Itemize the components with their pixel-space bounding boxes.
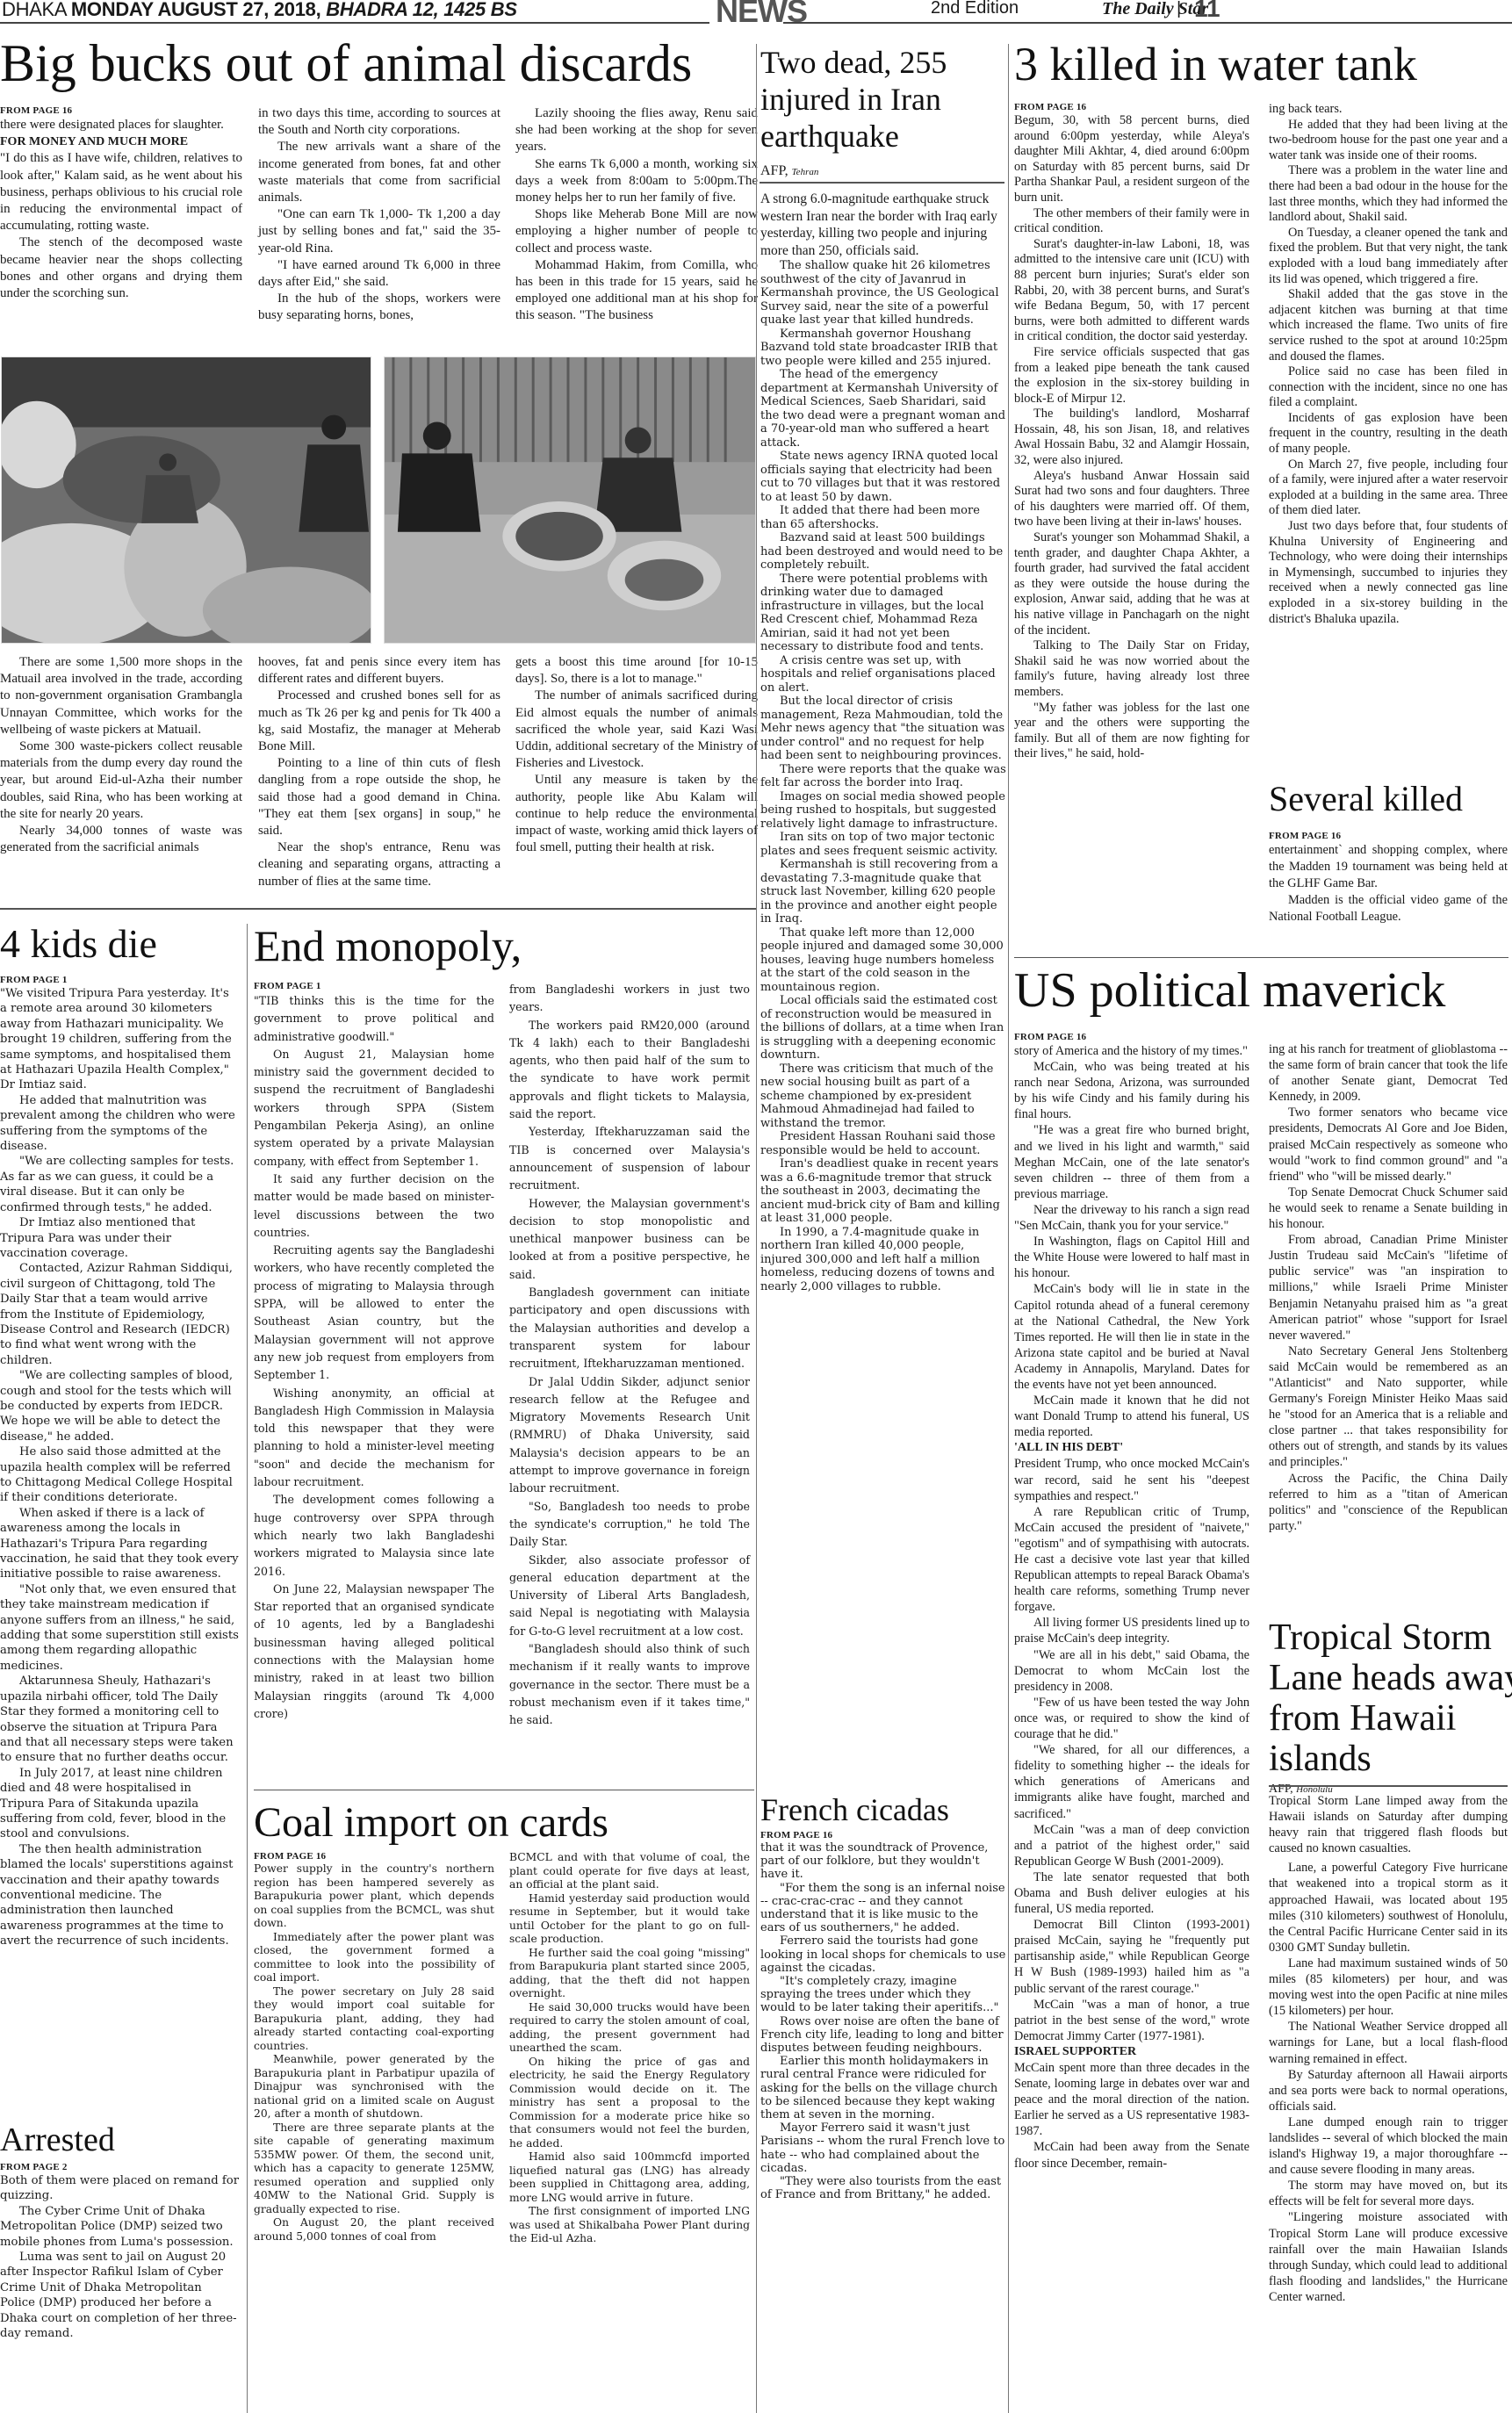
paragraph: Until any measure is taken by the author… [515,772,758,856]
masthead-rule-right [783,22,1512,24]
subheading: FOR MONEY AND MUCH MORE [0,133,242,150]
kicker: FROM PAGE 1 [0,975,239,985]
paragraph: A rare Republican critic of Trump, McCai… [1014,1504,1249,1616]
paragraph: Dr Jalal Uddin Sikder, adjunct senior re… [509,1373,750,1498]
paragraph: The development comes following a huge c… [254,1491,494,1580]
section-divider [0,908,756,910]
big-bucks-col1-top: FROM PAGE 16 there were designated place… [0,105,242,302]
edition-label: 2nd Edition [931,0,1019,18]
byline-rule [1269,1785,1508,1787]
paragraph: Mayor Ferrero said it wasn't just Parisi… [760,2121,1006,2175]
dateline-bengali-date: BHADRA 12, 1425 BS [326,0,517,20]
paragraph: Lazily shooing the flies away, Renu said… [515,105,758,156]
kicker: FROM PAGE 16 [254,1851,494,1862]
paragraph: "Few of us have been tested the way John… [1014,1695,1249,1742]
paragraph: entertainment` and shopping complex, whe… [1269,842,1508,892]
paragraph: Two former senators who became vice pres… [1269,1105,1508,1184]
paragraph: McCain had been away from the Senate flo… [1014,2139,1249,2171]
several-killed-body: FROM PAGE 16 entertainment` and shopping… [1269,831,1508,926]
headline-tropical-storm-line3: from Hawaii [1269,1698,1508,1739]
paragraph: There are some 1,500 more shops in the M… [0,654,242,738]
headline-tropical-storm-line1: Tropical Storm [1269,1617,1508,1658]
paragraph: Just two days before that, four students… [1269,519,1508,627]
photo-waste-pickers [1,357,371,644]
paragraph: "My father was jobless for the last one … [1014,701,1249,762]
article-body: A strong 6.0-magnitude earthquake struck… [760,191,1006,1293]
headline-coal-import: Coal import on cards [254,1802,608,1844]
paragraph: Aktarunnesa Sheuly, Hathazari's upazila … [0,1674,239,1765]
tropical-storm-headline-block: Tropical Storm Lane heads away from Hawa… [1269,1617,1508,1797]
paragraph: There was criticism that much of the new… [760,1062,1006,1131]
paragraph: State news agency IRNA quoted local offi… [760,450,1006,504]
paragraph: "It's completely crazy, imagine spraying… [760,1975,1006,2015]
paragraph: He also said those admitted at the upazi… [0,1444,239,1506]
big-bucks-col2-bottom: hooves, fat and penis since every item h… [258,654,500,890]
paragraph: Bangladesh government can initiate parti… [509,1284,750,1372]
paragraph: Surat's younger son Mohammad Shakil, a t… [1014,530,1249,638]
kicker: FROM PAGE 16 [1014,102,1249,112]
paragraph: "One can earn Tk 1,000- Tk 1,200 a day j… [258,206,500,257]
big-bucks-col1-bottom: There are some 1,500 more shops in the M… [0,654,242,856]
paragraph: That quake left more than 12,000 people … [760,926,1006,995]
masthead: DHAKA MONDAY AUGUST 27, 2018, BHADRA 12,… [0,0,1512,26]
paragraph: He said 30,000 trucks would have been re… [509,2001,750,2056]
paragraph: Begum, 30, with 58 percent burns, died a… [1014,113,1249,206]
paragraph: "Bangladesh should also think of such me… [509,1640,750,1729]
paragraph: But the local director of crisis managem… [760,695,1006,763]
paragraph: Rows over noise are often the bane of Fr… [760,2015,1006,2056]
paragraph: from Bangladeshi workers in just two yea… [509,981,750,1017]
section-label: NEWS [716,0,807,30]
paragraph: President Trump, who once mocked McCain'… [1014,1456,1249,1503]
paragraph: Sikder, also associate professor of gene… [509,1552,750,1640]
paragraph: The stench of the decomposed waste becam… [0,234,242,302]
kicker: FROM PAGE 16 [1269,831,1508,841]
paragraph: Images on social media showed people bei… [760,790,1006,832]
paragraph: A crisis centre was set up, with hospita… [760,654,1006,695]
paragraph: President Hassan Rouhani said those resp… [760,1130,1006,1157]
article-body: ing at his ranch for treatment of gliobl… [1269,1041,1508,1534]
paragraph: Nearly 34,000 tonnes of waste was genera… [0,823,242,856]
headline-iran-quake-line3: earthquake [760,118,1006,155]
dateline-date: MONDAY AUGUST 27, 2018, [71,0,321,20]
paragraph: Shops like Meherab Bone Mill are now emp… [515,206,758,257]
article-body: Both of them were placed on remand for q… [0,2173,239,2341]
french-cicadas-body: FROM PAGE 16 that it was the soundtrack … [760,1830,1006,2201]
paragraph: From abroad, Canadian Prime Minister Jus… [1269,1232,1508,1343]
headline-end-monopoly: End monopoly, [254,924,522,968]
paragraph: In July 2017, at least nine children die… [0,1766,239,1842]
paragraph: Kermanshah is still recovering from a de… [760,858,1006,926]
paragraph: The National Weather Service dropped all… [1269,2019,1508,2066]
paragraph: Dr Imtiaz also mentioned that Tripura Pa… [0,1215,239,1261]
article-body: hooves, fat and penis since every item h… [258,654,500,890]
paragraph: McCain, who was being treated at his ran… [1014,1059,1249,1122]
paragraph: Both of them were placed on remand for q… [0,2173,239,2204]
paragraph: All living former US presidents lined up… [1014,1615,1249,1646]
paragraph: hooves, fat and penis since every item h… [258,654,500,688]
paragraph: that it was the soundtrack of Provence, … [760,1841,1006,1882]
dateline-city: DHAKA [2,0,66,20]
paragraph: On hiking the price of gas and electrici… [509,2056,750,2151]
paragraph: McCain "was a man of honor, a true patri… [1014,1997,1249,2044]
headline-big-bucks: Big bucks out of animal discards [0,37,692,90]
paragraph: Pointing to a line of thin cuts of flesh… [258,755,500,839]
paragraph: There are three separate plants at the s… [254,2121,494,2217]
paragraph: Hamid also said 100mmcfd imported liquef… [509,2150,750,2205]
paragraph: Near the driveway to his ranch a sign re… [1014,1202,1249,1234]
paragraph: On Tuesday, a cleaner opened the tank an… [1269,226,1508,287]
lead-paragraph: Tropical Storm Lane limped away from the… [1269,1793,1508,1856]
paragraph: Earlier this month holidaymakers in rura… [760,2055,1006,2121]
article-body: Tropical Storm Lane limped away from the… [1269,1793,1508,2305]
paragraph: Iran sits on top of two major tectonic p… [760,831,1006,858]
headline-kids-die: 4 kids die [0,924,157,964]
paragraph: "We are collecting samples for tests. As… [0,1154,239,1215]
paragraph: The other members of their family were i… [1014,206,1249,237]
paragraph: Iran's deadliest quake in recent years w… [760,1157,1006,1226]
article-body: entertainment` and shopping complex, whe… [1269,842,1508,926]
paragraph: "We are collecting samples of blood, cou… [0,1368,239,1444]
paragraph: ing back tears. [1269,102,1508,118]
paragraph: "We are all in his debt," said Obama, th… [1014,1647,1249,1695]
paragraph: Mohammad Hakim, from Comilla, who has be… [515,257,758,325]
paragraph: The then health administration blamed th… [0,1842,239,1949]
water-tank-col2: ing back tears. He added that they had b… [1269,102,1508,627]
paragraph: The late senator requested that both Oba… [1014,1869,1249,1917]
paragraph: Democrat Bill Clinton (1993-2001) praise… [1014,1917,1249,1996]
paragraph: The building's landlord, Mosharraf Hossa… [1014,407,1249,468]
article-body: story of America and the history of my t… [1014,1043,1249,2172]
big-bucks-col2-top: in two days this time, according to sour… [258,105,500,325]
masthead-rule-left [0,22,709,24]
paragraph: In the hub of the shops, workers were bu… [258,291,500,324]
paragraph: Talking to The Daily Star on Friday, Sha… [1014,638,1249,700]
headline-several-killed: Several killed [1269,782,1463,817]
paragraph: Yesterday, Iftekharuzzaman said the TIB … [509,1123,750,1194]
paragraph: Luma was sent to jail on August 20 after… [0,2250,239,2341]
headline-iran-quake-line2: injured in Iran [760,81,1006,118]
paragraph: Immediately after the power plant was cl… [254,1931,494,1985]
paragraph: there were designated places for slaught… [0,117,242,133]
headline-water-tank: 3 killed in water tank [1014,40,1417,88]
paragraph: Lane, a powerful Category Five hurricane… [1269,1860,1508,1956]
paragraph: "We shared, for all our differences, a f… [1014,1742,1249,1821]
paragraph: On August 20, the plant received around … [254,2216,494,2244]
article-body: Begum, 30, with 58 percent burns, died a… [1014,113,1249,762]
photo-waste-pickers-image [2,357,371,643]
article-body: ing back tears. He added that they had b… [1269,102,1508,627]
paragraph: The head of the emergency department at … [760,368,1006,450]
paragraph: Kermanshah governor Houshang Bazvand tol… [760,328,1006,369]
section-divider [254,1790,754,1790]
paragraph: Top Senate Democrat Chuck Schumer said h… [1269,1185,1508,1232]
column-divider [756,44,757,2413]
paragraph: There was a problem in the water line an… [1269,163,1508,225]
paragraph: The Cyber Crime Unit of Dhaka Metropolit… [0,2204,239,2250]
newspaper-logo: The Daily Star [1102,0,1208,19]
coal-import-col1: FROM PAGE 16 Power supply in the country… [254,1851,494,2244]
paragraph: The power secretary on July 28 said they… [254,1985,494,2054]
paragraph: Lane had maximum sustained winds of 50 m… [1269,1956,1508,2019]
paragraph: Surat's daughter-in-law Laboni, 18, was … [1014,237,1249,345]
kicker: FROM PAGE 16 [0,105,242,116]
paragraph: However, the Malaysian government's deci… [509,1195,750,1284]
column-divider [1008,44,1009,2413]
paragraph: It said any further decision on the matt… [254,1170,494,1242]
paragraph: Nato Secretary General Jens Stoltenberg … [1269,1343,1508,1471]
big-bucks-col3-bottom: gets a boost this time around [for 10-15… [515,654,758,856]
arrested-body: FROM PAGE 2 Both of them were placed on … [0,2162,239,2341]
dateline: DHAKA MONDAY AUGUST 27, 2018, BHADRA 12,… [2,0,517,21]
headline-tropical-storm-line2: Lane heads away [1269,1658,1508,1698]
paragraph: Bazvand said at least 500 buildings had … [760,531,1006,573]
paragraph: She earns Tk 6,000 a month, working six … [515,156,758,207]
paragraph: Near the shop's entrance, Renu was clean… [258,839,500,890]
paragraph: The storm may have moved on, but its eff… [1269,2178,1508,2209]
headline-arrested: Arrested [0,2123,115,2157]
paragraph: gets a boost this time around [for 10-15… [515,654,758,688]
kicker: FROM PAGE 1 [254,981,494,991]
paragraph: "I have earned around Tk 6,000 in three … [258,257,500,291]
coal-import-col2: BCMCL and with that volume of coal, the … [509,1851,750,2246]
us-maverick-col2: ing at his ranch for treatment of gliobl… [1269,1041,1508,1534]
iran-quake-headline-block: Two dead, 255 injured in Iran earthquake… [760,44,1006,179]
paragraph: "Not only that, we even ensured that the… [0,1582,239,1674]
paragraph: Aleya's husband Anwar Hossain said Surat… [1014,469,1249,530]
paragraph: In 1990, a 7.4-magnitude quake in northe… [760,1226,1006,1294]
tropical-storm-body: Tropical Storm Lane limped away from the… [1269,1793,1508,2305]
paragraph: Incidents of gas explosion have been fre… [1269,411,1508,457]
section-divider [1014,957,1508,958]
paragraph: "TIB thinks this is the time for the gov… [254,992,494,1046]
us-maverick-col1: FROM PAGE 16 story of America and the hi… [1014,1032,1249,2172]
article-body: that it was the soundtrack of Provence, … [760,1841,1006,2201]
paragraph: Recruiting agents say the Bangladeshi wo… [254,1242,494,1384]
article-body: from Bangladeshi workers in just two yea… [509,981,750,1729]
paragraph: Contacted, Azizur Rahman Siddiqui, civil… [0,1261,239,1368]
article-body: "TIB thinks this is the time for the gov… [254,992,494,1723]
byline-agency: AFP, [760,163,788,178]
article-body: gets a boost this time around [for 10-15… [515,654,758,856]
paragraph: "So, Bangladesh too needs to probe the s… [509,1498,750,1552]
paragraph: He further said the coal going "missing"… [509,1947,750,2001]
kicker: FROM PAGE 16 [760,1830,1006,1840]
masthead-separator: | [1177,0,1181,19]
photo-women-sorting [384,357,756,644]
article-body: Power supply in the country's northern r… [254,1862,494,2244]
paragraph: ing at his ranch for treatment of gliobl… [1269,1041,1508,1105]
byline-place: Tehran [792,167,819,177]
paragraph: He added that malnutrition was prevalent… [0,1093,239,1155]
paragraph: Madden is the official video game of the… [1269,892,1508,926]
paragraph: Shakil added that the gas stove in the a… [1269,287,1508,364]
paragraph: On August 21, Malaysian home ministry sa… [254,1046,494,1170]
article-body: in two days this time, according to sour… [258,105,500,325]
byline-rule [760,182,1004,184]
paragraph: The first consignment of imported LNG wa… [509,2205,750,2246]
paragraph: The number of animals sacrificed during … [515,688,758,772]
headline-iran-quake-line1: Two dead, 255 [760,44,1006,81]
paragraph: McCain made it known that he did not wan… [1014,1393,1249,1440]
paragraph: Fire service officials suspected that ga… [1014,345,1249,407]
paragraph: There were potential problems with drink… [760,573,1006,654]
paragraph: It added that there had been more than 6… [760,504,1006,531]
lead-paragraph: A strong 6.0-magnitude earthquake struck… [760,191,1006,259]
paragraph: "For them the song is an infernal noise … [760,1882,1006,1935]
end-monopoly-col2: from Bangladeshi workers in just two yea… [509,981,750,1729]
paragraph: Hamid yesterday said production would re… [509,1892,750,1947]
paragraph: in two days this time, according to sour… [258,105,500,139]
paragraph: McCain spent more than three decades in … [1014,2060,1249,2139]
paragraph: There were reports that the quake was fe… [760,763,1006,790]
paragraph: Police said no case has been filed in co… [1269,364,1508,411]
iran-quake-body: A strong 6.0-magnitude earthquake struck… [760,191,1006,1293]
paragraph: The workers paid RM20,000 (around Tk 4 l… [509,1017,750,1124]
headline-french-cicadas: French cicadas [760,1794,949,1826]
headline-tropical-storm-line4: islands [1269,1739,1508,1779]
article-body: "We visited Tripura Para yesterday. It's… [0,986,239,1949]
paragraph: "They were also tourists from the east o… [760,2175,1006,2201]
page-number: 11 [1194,0,1220,23]
paragraph: Local officials said the estimated cost … [760,994,1006,1062]
paragraph: Meanwhile, power generated by the Barapu… [254,2053,494,2121]
paragraph: Processed and crushed bones sell for as … [258,688,500,755]
water-tank-col1: FROM PAGE 16 Begum, 30, with 58 percent … [1014,102,1249,762]
end-monopoly-col1: FROM PAGE 1 "TIB thinks this is the time… [254,981,494,1723]
paragraph: The shallow quake hit 26 kilometres sout… [760,259,1006,328]
kids-die-body: FROM PAGE 1 "We visited Tripura Para yes… [0,975,239,1949]
paragraph: "We visited Tripura Para yesterday. It's… [0,986,239,1093]
paragraph: McCain's body will lie in state in the C… [1014,1281,1249,1393]
paragraph: "He was a great fire who burned bright, … [1014,1122,1249,1201]
kicker: FROM PAGE 16 [1014,1032,1249,1042]
headline-us-maverick: US political maverick [1014,966,1445,1015]
paragraph: When asked if there is a lack of awarene… [0,1506,239,1582]
article-body: Lazily shooing the flies away, Renu said… [515,105,758,325]
paragraph: On June 22, Malaysian newspaper The Star… [254,1581,494,1723]
big-bucks-col3-top: Lazily shooing the flies away, Renu said… [515,105,758,325]
kicker: FROM PAGE 2 [0,2162,239,2172]
paragraph: "I do this as I have wife, children, rel… [0,150,242,234]
paragraph: He added that they had been living at th… [1269,118,1508,164]
paragraph: Power supply in the country's northern r… [254,1862,494,1931]
paragraph: McCain "was a man of deep conviction and… [1014,1822,1249,1869]
column-divider [247,924,248,2413]
paragraph: "Lingering moisture associated with Trop… [1269,2209,1508,2305]
subheading: ISRAEL SUPPORTER [1014,2044,1249,2060]
paragraph: BCMCL and with that volume of coal, the … [509,1851,750,1892]
article-body: BCMCL and with that volume of coal, the … [509,1851,750,2246]
article-body: There are some 1,500 more shops in the M… [0,654,242,856]
paragraph: In Washington, flags on Capitol Hill and… [1014,1234,1249,1281]
byline: AFP, Tehran [760,163,1006,179]
paragraph: The new arrivals want a share of the inc… [258,139,500,206]
paragraph: Lane dumped enough rain to trigger lands… [1269,2114,1508,2178]
paragraph: Ferrero said the tourists had gone looki… [760,1934,1006,1975]
paragraph: story of America and the history of my t… [1014,1043,1249,1059]
paragraph: By Saturday afternoon all Hawaii airport… [1269,2067,1508,2114]
paragraph: Wishing anonymity, an official at Bangla… [254,1385,494,1492]
paragraph: On March 27, five people, including four… [1269,457,1508,519]
subheading: 'ALL IN HIS DEBT' [1014,1440,1249,1456]
article-body: there were designated places for slaught… [0,117,242,302]
photo-women-sorting-image [385,357,755,643]
paragraph: Across the Pacific, the China Daily refe… [1269,1471,1508,1534]
paragraph: Some 300 waste-pickers collect reusable … [0,738,242,823]
